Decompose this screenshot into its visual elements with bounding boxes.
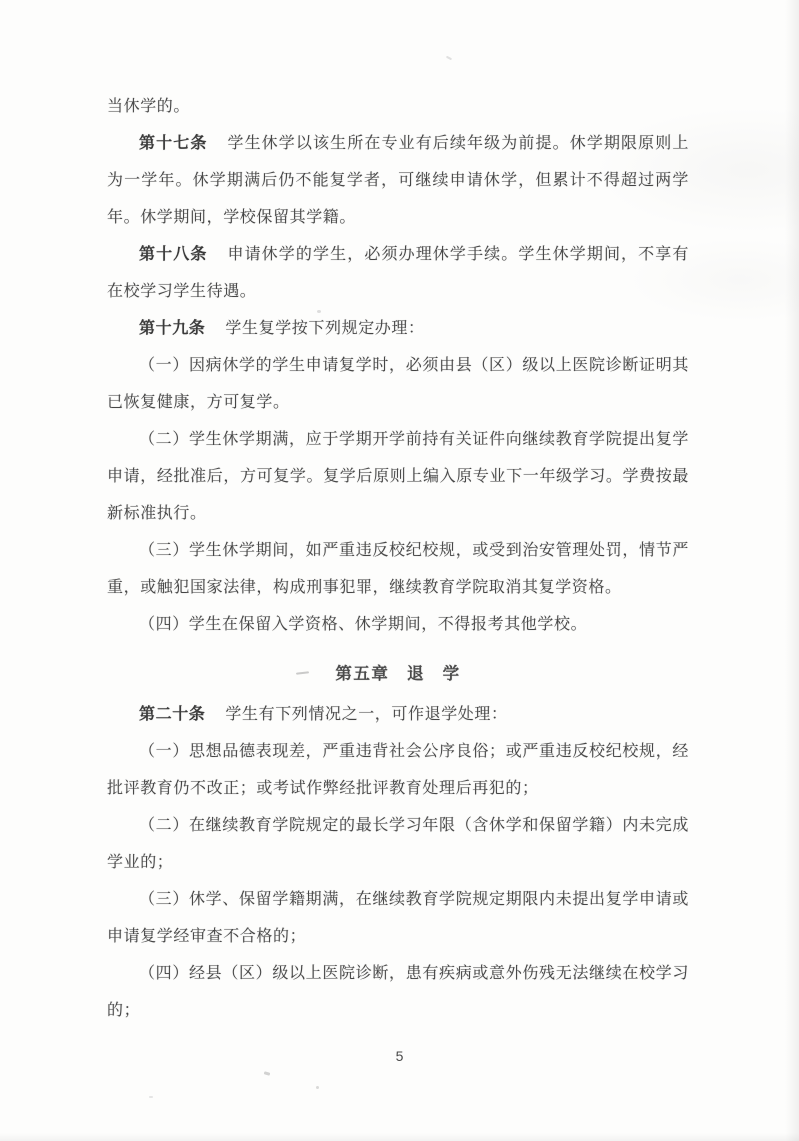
paragraph-text: （三）休学、保留学籍期满，在继续教育学院规定期限内未提出复学申请或申请复学经审查… xyxy=(107,891,689,945)
article-19-clause-3: （三）学生休学期间，如严重违反校纪校规，或受到治安管理处罚，情节严重，或触犯国家… xyxy=(107,532,689,606)
paragraph-text: （一）因病休学的学生申请复学时，必须由县（区）级以上医院诊断证明其已恢复健康，方… xyxy=(107,357,689,411)
paragraph-text: （四）经县（区）级以上医院诊断，患有疾病或意外伤残无法继续在校学习的； xyxy=(107,965,689,1019)
article-20-clause-3: （三）休学、保留学籍期满，在继续教育学院规定期限内未提出复学申请或申请复学经审查… xyxy=(107,881,689,955)
article-19-clause-2: （二）学生休学期满，应于学期开学前持有关证件向继续教育学院提出复学申请，经批准后… xyxy=(107,421,689,532)
paragraph-text: （一）思想品德表现差，严重违背社会公序良俗；或严重违反校纪校规，经批评教育仍不改… xyxy=(107,743,689,797)
article-20-paragraph: 第二十条学生有下列情况之一，可作退学处理： xyxy=(107,696,689,733)
article-17-paragraph: 第十七条学生休学以该生所在专业有后续年级为前提。休学期限原则上为一学年。休学期满… xyxy=(107,125,689,236)
article-19-paragraph: 第十九条学生复学按下列规定办理： xyxy=(107,310,689,347)
article-18-number: 第十八条 xyxy=(139,246,207,263)
paragraph-text: （三）学生休学期间，如严重违反校纪校规，或受到治安管理处罚，情节严重，或触犯国家… xyxy=(107,542,689,596)
scan-artifact-speck xyxy=(317,310,321,313)
article-20-number: 第二十条 xyxy=(139,706,205,723)
paragraph-text: （二）学生休学期满，应于学期开学前持有关证件向继续教育学院提出复学申请，经批准后… xyxy=(107,431,689,522)
article-19-clause-1: （一）因病休学的学生申请复学时，必须由县（区）级以上医院诊断证明其已恢复健康，方… xyxy=(107,347,689,421)
scan-edge-shadow-right xyxy=(785,0,799,1141)
paragraph-text: 学生复学按下列规定办理： xyxy=(225,320,424,337)
scan-artifact-speck xyxy=(316,1086,319,1089)
paragraph-text: （四）学生在保留入学资格、休学期间，不得报考其他学校。 xyxy=(139,616,587,633)
article-19-number: 第十九条 xyxy=(139,320,205,337)
scan-edge-shadow-bottom xyxy=(0,1133,799,1141)
document-text-block: 当休学的。 第十七条学生休学以该生所在专业有后续年级为前提。休学期限原则上为一学… xyxy=(107,88,689,1029)
article-20-clause-2: （二）在继续教育学院规定的最长学习年限（含休学和保留学籍）内未完成学业的； xyxy=(107,807,689,881)
paragraph-text: 学生有下列情况之一，可作退学处理： xyxy=(225,706,507,723)
article-18-paragraph: 第十八条申请休学的学生，必须办理休学手续。学生休学期间，不享有在校学习学生待遇。 xyxy=(107,236,689,310)
continuation-paragraph: 当休学的。 xyxy=(107,88,689,125)
article-17-number: 第十七条 xyxy=(139,135,207,152)
paragraph-text: 当休学的。 xyxy=(107,98,190,115)
article-20-clause-1: （一）思想品德表现差，严重违背社会公序良俗；或严重违反校纪校规，经批评教育仍不改… xyxy=(107,733,689,807)
chapter-heading: 第五章 退 学 xyxy=(107,655,689,692)
article-19-clause-4: （四）学生在保留入学资格、休学期间，不得报考其他学校。 xyxy=(107,606,689,643)
scan-artifact-speck xyxy=(149,1096,153,1098)
paragraph-text: （二）在继续教育学院规定的最长学习年限（含休学和保留学籍）内未完成学业的； xyxy=(107,817,689,871)
page-number: 5 xyxy=(0,1048,799,1064)
article-20-clause-4: （四）经县（区）级以上医院诊断，患有疾病或意外伤残无法继续在校学习的； xyxy=(107,955,689,1029)
